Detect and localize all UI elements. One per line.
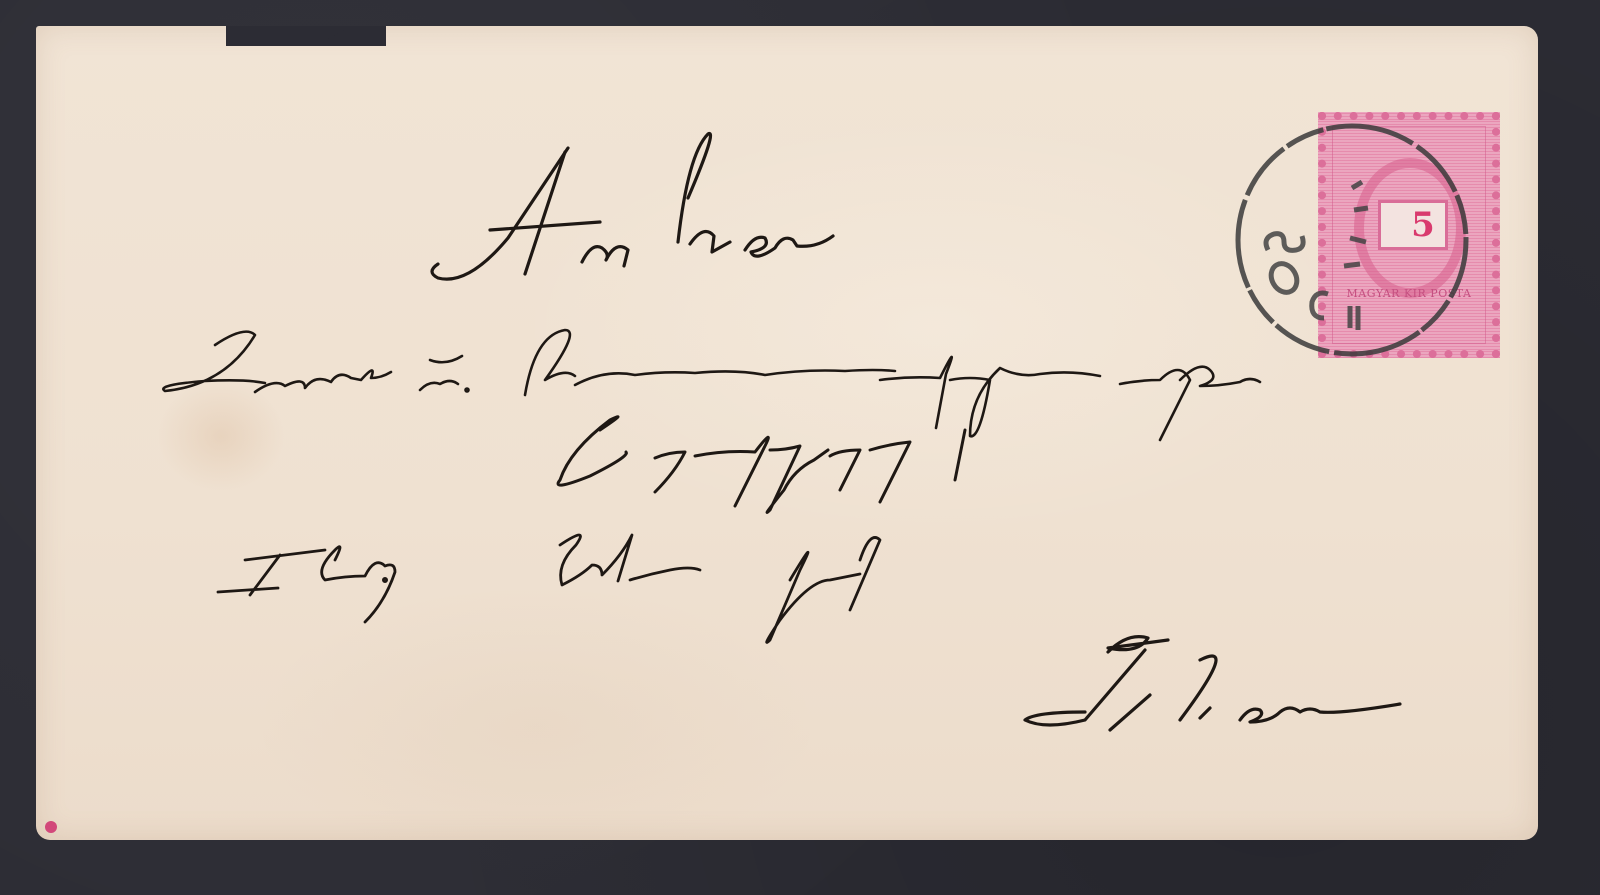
- address-line-gesellschaft-text: Gesellschaft: [540, 460, 546, 461]
- address-line-2-text: Lebens- u. Rentenversicherungs-: [170, 370, 187, 371]
- svg-text:GOS: GOS: [1232, 118, 1269, 122]
- address-line-anker-text: Anker: [430, 240, 433, 241]
- postmark-cancellation: GOS: [1232, 118, 1472, 358]
- red-mark: [45, 821, 57, 833]
- address-line-wien-text: Wien: [1010, 700, 1013, 701]
- torn-edge: [226, 26, 386, 46]
- address-line-4-text: I Bez. Hohenmarkt: [215, 570, 225, 571]
